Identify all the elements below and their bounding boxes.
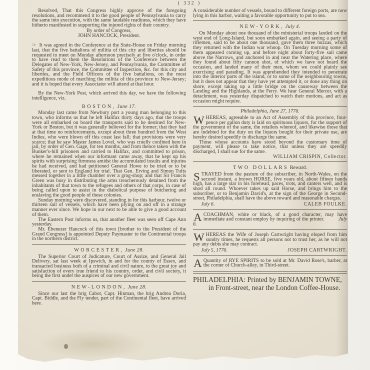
section-divider	[193, 21, 347, 22]
boston-heading: BOSTON, June 17.	[32, 104, 186, 109]
cartwright-text: HEREAS the Wife of Joseph Cartwright hav…	[193, 232, 347, 247]
newyork-date: July 4.	[285, 24, 300, 30]
newyork-article: On Monday about one thousand of the mini…	[193, 31, 347, 104]
dropcap-initial: W	[193, 232, 206, 241]
crispin-signature: WILLIAM CRISPIN, Collector.	[193, 154, 347, 159]
newlondon-heading: NEW-LONDON, June 28.	[32, 285, 186, 290]
reward-word: Reward.	[290, 165, 307, 171]
rye-spirits-ad: A Quantity of RYE SPIRITS to be sold at …	[193, 258, 347, 268]
newspaper-scan: ( 332 ) Resolved, That this Congress hig…	[0, 0, 370, 370]
section-divider	[193, 209, 347, 210]
reward-heading: TWO DOLLARS Reward.	[193, 166, 347, 171]
ebenezer-article: Mr. Ebenezer Hancock of this town [broth…	[32, 227, 186, 242]
section-divider	[193, 106, 347, 107]
page-number: ( 332 )	[32, 1, 347, 6]
ink-speck	[64, 344, 68, 349]
duty-notice-text: HEREAS, agreeable to an Act of Assembly …	[193, 115, 347, 140]
conference-notice: ☞ It was agreed in the Conference at the…	[32, 43, 186, 87]
coachman-ad: A COACHMAN, white or black, of a good ch…	[193, 212, 347, 227]
dropcap-initial: A	[193, 212, 203, 221]
newlondon-city: NEW-LONDON,	[71, 285, 126, 291]
strayed-date: July 6.	[193, 202, 215, 207]
philadelphia-dateline: Philadelphia, June 27, 1776.	[193, 109, 347, 114]
left-column: Resolved, That this Congress highly appr…	[32, 9, 186, 306]
reward-title: TWO DOLLARS	[233, 165, 289, 171]
worcester-heading: WORCESTER, June 28.	[32, 248, 186, 253]
vessels-article: A considerable number of vessels, bound …	[193, 9, 347, 19]
section-divider	[32, 281, 186, 282]
accounts-notice: Those whose accounts have stood beyond t…	[193, 140, 347, 155]
strayed-signature-line: July 6. CALEB FOULKE.	[193, 202, 347, 207]
column-layout: Resolved, That this Congress highly appr…	[32, 9, 347, 306]
boston-article: Monday last came from Newbury port a you…	[32, 111, 186, 198]
page-content: ( 332 ) Resolved, That this Congress hig…	[32, 1, 347, 306]
cartwright-signature: JOSEPH CARTWRIGHT.	[288, 248, 347, 253]
cartwright-signature-line: July 5, 1776. JOSEPH CARTWRIGHT.	[193, 248, 347, 253]
eastern-post-article: The Eastern Post informs us, that anothe…	[32, 217, 186, 227]
congress-resolution: Resolved, That this Congress highly appr…	[32, 9, 186, 28]
imprint-divider	[193, 271, 347, 274]
boston-date: June 17.	[117, 104, 136, 110]
rye-spirits-text: Quantity of RYE SPIRITS to be sold at Mr…	[203, 258, 347, 268]
newlondon-article: Since our last the brig Cabot, Capt. Hin…	[32, 291, 186, 306]
duty-notice: W HEREAS, agreeable to an Act of Assembl…	[193, 116, 347, 140]
cartwright-notice: W HEREAS the Wife of Joseph Cartwright h…	[193, 232, 347, 247]
dropcap-initial: W	[193, 116, 206, 125]
paper-stain	[38, 329, 148, 359]
worcester-date: June 28.	[125, 247, 144, 253]
worcester-article: The Superior Court of Judicature, Court …	[32, 254, 186, 278]
printer-imprint: PHILADELPHIA: Printed by BENJAMIN TOWNE,…	[193, 276, 347, 292]
newyork-post-note: By the New-York Post, which arrived this…	[32, 91, 186, 101]
foulke-signature: CALEB FOULKE.	[304, 202, 347, 207]
section-divider	[193, 162, 347, 163]
newspaper-page: ( 332 ) Resolved, That this Congress hig…	[18, 0, 348, 363]
cartwright-date: July 5, 1776.	[193, 248, 227, 253]
worcester-city: WORCESTER,	[74, 247, 124, 253]
section-divider	[32, 244, 186, 245]
right-column: A considerable number of vessels, bound …	[193, 9, 347, 306]
dropcap-initial: A	[193, 258, 203, 267]
section-divider	[193, 255, 347, 256]
hancock-signature: JOHN HANCOCK, President.	[32, 34, 186, 39]
boston-city: BOSTON,	[82, 104, 116, 110]
newlondon-date: June 28.	[128, 285, 147, 291]
strayed-horse-ad: S TRAYED from the pasture of the subscri…	[193, 172, 347, 201]
strayed-horse-text: TRAYED from the pasture of the subscribe…	[193, 171, 347, 201]
sunday-article: Sunday morning were discovered, standing…	[32, 198, 186, 217]
newyork-heading: NEW-YORK, July 4.	[193, 25, 347, 30]
newyork-city: NEW-YORK,	[240, 24, 284, 30]
dropcap-initial: S	[193, 172, 201, 181]
section-divider	[193, 229, 347, 230]
conference-notice-text: It was agreed in the Conference at the S…	[32, 43, 186, 87]
